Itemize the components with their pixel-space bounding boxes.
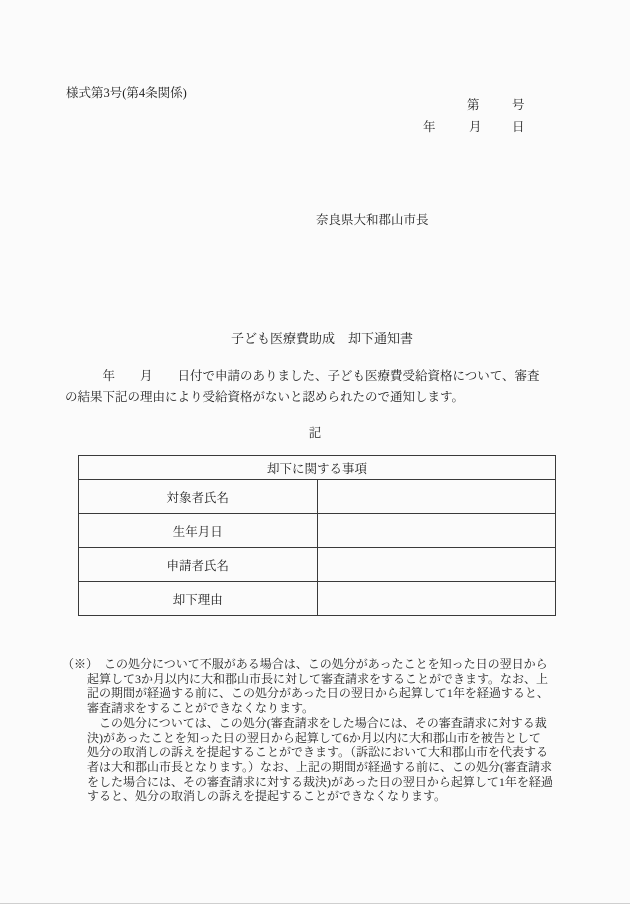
footnote-line: 処分の取消しの訴えを提起することができます。（訴訟において大和郡山市を代表する (87, 745, 553, 760)
row-label-target-name: 対象者氏名 (79, 480, 318, 514)
footnote-line: 起算して3か月以内に大和郡山市長に対して審査請求をすることができます。なお、上 (87, 672, 553, 687)
addressee: 奈良県大和郡山市長 (316, 210, 429, 228)
rejection-table: 却下に関する事項 対象者氏名 生年月日 申請者氏名 却下理由 (78, 455, 556, 616)
body-paragraph-line-2: の結果下記の理由により受給資格がないと認められたので通知します。 (65, 387, 464, 405)
row-value-applicant-name (317, 548, 556, 582)
row-label-birthdate: 生年月日 (79, 514, 318, 548)
row-value-target-name (317, 480, 556, 514)
document-number-line: 第 号 (0, 95, 630, 111)
table-row: 対象者氏名 (79, 480, 556, 514)
table-row: 生年月日 (79, 514, 556, 548)
footnote: （※） この処分について不服がある場合は、この処分があったことを知った日の翌日か… (62, 657, 553, 804)
row-value-rejection-reason (317, 582, 556, 616)
footnote-line: 審査請求をすることができなくなります。 (87, 701, 553, 716)
date-line: 年 月 日 (0, 117, 630, 133)
doc-number-prefix: 第 (467, 95, 480, 113)
date-month-label: 月 (469, 117, 482, 135)
ki-marker: 記 (0, 423, 630, 441)
footnote-line: 者は大和郡山市長となります。）なお、上記の期間が経過する前に、この処分(審査請求 (87, 760, 553, 775)
table-header-row: 却下に関する事項 (79, 456, 556, 480)
date-day-label: 日 (512, 117, 525, 135)
table-row: 申請者氏名 (79, 548, 556, 582)
document-title: 子ども医療費助成 却下通知書 (0, 328, 630, 347)
body-paragraph-line-1: 年 月 日付で申請のありました、子ども医療費受給資格について、審査 (65, 366, 540, 384)
table-row: 却下理由 (79, 582, 556, 616)
footnote-line: 決)があったことを知った日の翌日から起算して6か月以内に大和郡山市を被告として (87, 731, 553, 746)
row-label-applicant-name: 申請者氏名 (79, 548, 318, 582)
footnote-line: （※） この処分について不服がある場合は、この処分があったことを知った日の翌日か… (62, 657, 553, 672)
row-label-rejection-reason: 却下理由 (79, 582, 318, 616)
doc-number-suffix: 号 (512, 95, 525, 113)
document-page: 様式第3号(第4条関係) 第 号 年 月 日 奈良県大和郡山市長 子ども医療費助… (0, 0, 630, 904)
footnote-line: をした場合には、その審査請求に対する裁決)があった日の翌日から起算して1年を経過 (87, 775, 553, 790)
footnote-line: 記の期間が経過する前に、この処分があった日の翌日から起算して1年を経過すると、 (87, 686, 553, 701)
row-value-birthdate (317, 514, 556, 548)
table-title: 却下に関する事項 (79, 456, 556, 480)
footnote-line: この処分については、この処分(審査請求をした場合には、その審査請求に対する裁 (87, 716, 553, 731)
footnote-line: すると、処分の取消しの訴えを提起することができなくなります。 (87, 789, 553, 804)
date-year-label: 年 (423, 117, 436, 135)
